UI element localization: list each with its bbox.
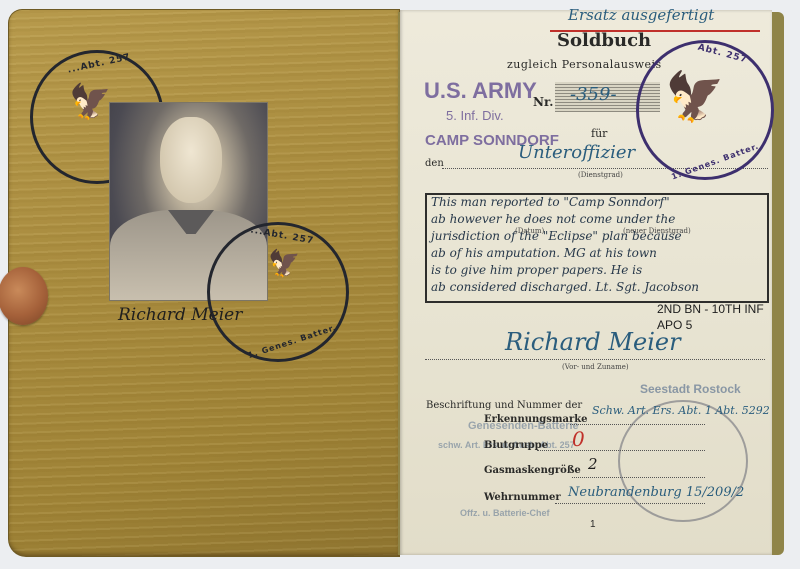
- eagle-emblem-icon: 🦅: [69, 85, 111, 119]
- stamp-text: ...Abt. 257: [67, 52, 132, 75]
- us-army-stamp-line2: 5. Inf. Div.: [446, 108, 504, 123]
- name-label: (Vor- und Zuname): [562, 363, 629, 371]
- field-value-erkennungsmarke: Schw. Art. Ers. Abt. 1 Abt. 5292: [592, 404, 770, 417]
- page-number: 1: [590, 519, 596, 530]
- stamp-bottom-left: ...Abt. 257 🦅 1. Genes. Batter.: [207, 222, 349, 362]
- soldbuch-booklet: ...Abt. 257 🦅 1. ...Abt. 257 🦅 1. Genes.…: [0, 0, 800, 569]
- nr-value: -359-: [570, 84, 617, 105]
- note-line: ab of his amputation. MG at his town: [431, 246, 657, 260]
- unit-note-line1: 2ND BN - 10TH INF: [657, 302, 764, 316]
- field-label-erkennung: Beschriftung und Nummer der: [426, 400, 582, 411]
- eagle-stamp-right: Abt. 257 🦅 1. Genes. Batter.: [636, 40, 774, 180]
- wehrnummer-line: [555, 503, 705, 504]
- us-army-stamp-line1: U.S. ARMY: [424, 78, 537, 104]
- field-label-gasmaskengroesse: Gasmaskengröße: [484, 465, 581, 476]
- field-label-wehrnummer: Wehrnummer: [484, 492, 561, 503]
- stamp-text: ...Abt. 257: [250, 225, 315, 246]
- note-line: is to give him proper papers. He is: [431, 263, 642, 277]
- note-line: ab considered discharged. Lt. Sgt. Jacob…: [431, 280, 699, 294]
- nr-label: Nr.: [533, 95, 553, 109]
- photo-face: [160, 117, 222, 203]
- note-line: ab however he does not come under the: [431, 212, 675, 226]
- document-title: Soldbuch: [557, 30, 651, 51]
- field-value-wehrnummer: Neubrandenburg 15/209/2: [568, 485, 744, 500]
- name-signature: Richard Meier: [505, 328, 681, 356]
- coin: [0, 267, 48, 325]
- field-value-blutgruppe: 0: [572, 427, 585, 451]
- gasmaske-line: [572, 477, 705, 478]
- seestadt-stamp-line4: Offz. u. Batterie-Chef: [460, 508, 550, 518]
- erkennungsmarke-line: [570, 424, 705, 425]
- eagle-swastika-emblem-icon: 🦅: [665, 73, 725, 121]
- dienstgrad-label: (Dienstgrad): [578, 171, 623, 179]
- top-note: Ersatz ausgefertigt: [568, 6, 714, 24]
- name-line: [425, 359, 765, 360]
- datum-label: (Datum): [515, 227, 544, 235]
- den-value: Unteroffizier: [518, 142, 635, 163]
- fuer-label: für: [591, 127, 607, 140]
- document-subtitle: zugleich Personalausweis: [507, 58, 662, 71]
- note-line: This man reported to "Camp Sonndorf": [431, 195, 670, 209]
- blutgruppe-line: [537, 450, 705, 451]
- den-label: den: [425, 158, 444, 169]
- field-value-gasmaskengroesse: 2: [588, 455, 598, 473]
- handwritten-note-box: This man reported to "Camp Sonndorf" ab …: [425, 193, 769, 303]
- seestadt-stamp-line1: Seestadt Rostock: [640, 382, 741, 396]
- eagle-emblem-icon: 🦅: [268, 251, 300, 277]
- neuer-dienstgrad-label: (neuer Dienstgrad): [623, 227, 691, 235]
- photo-signature: Richard Meier: [118, 305, 242, 325]
